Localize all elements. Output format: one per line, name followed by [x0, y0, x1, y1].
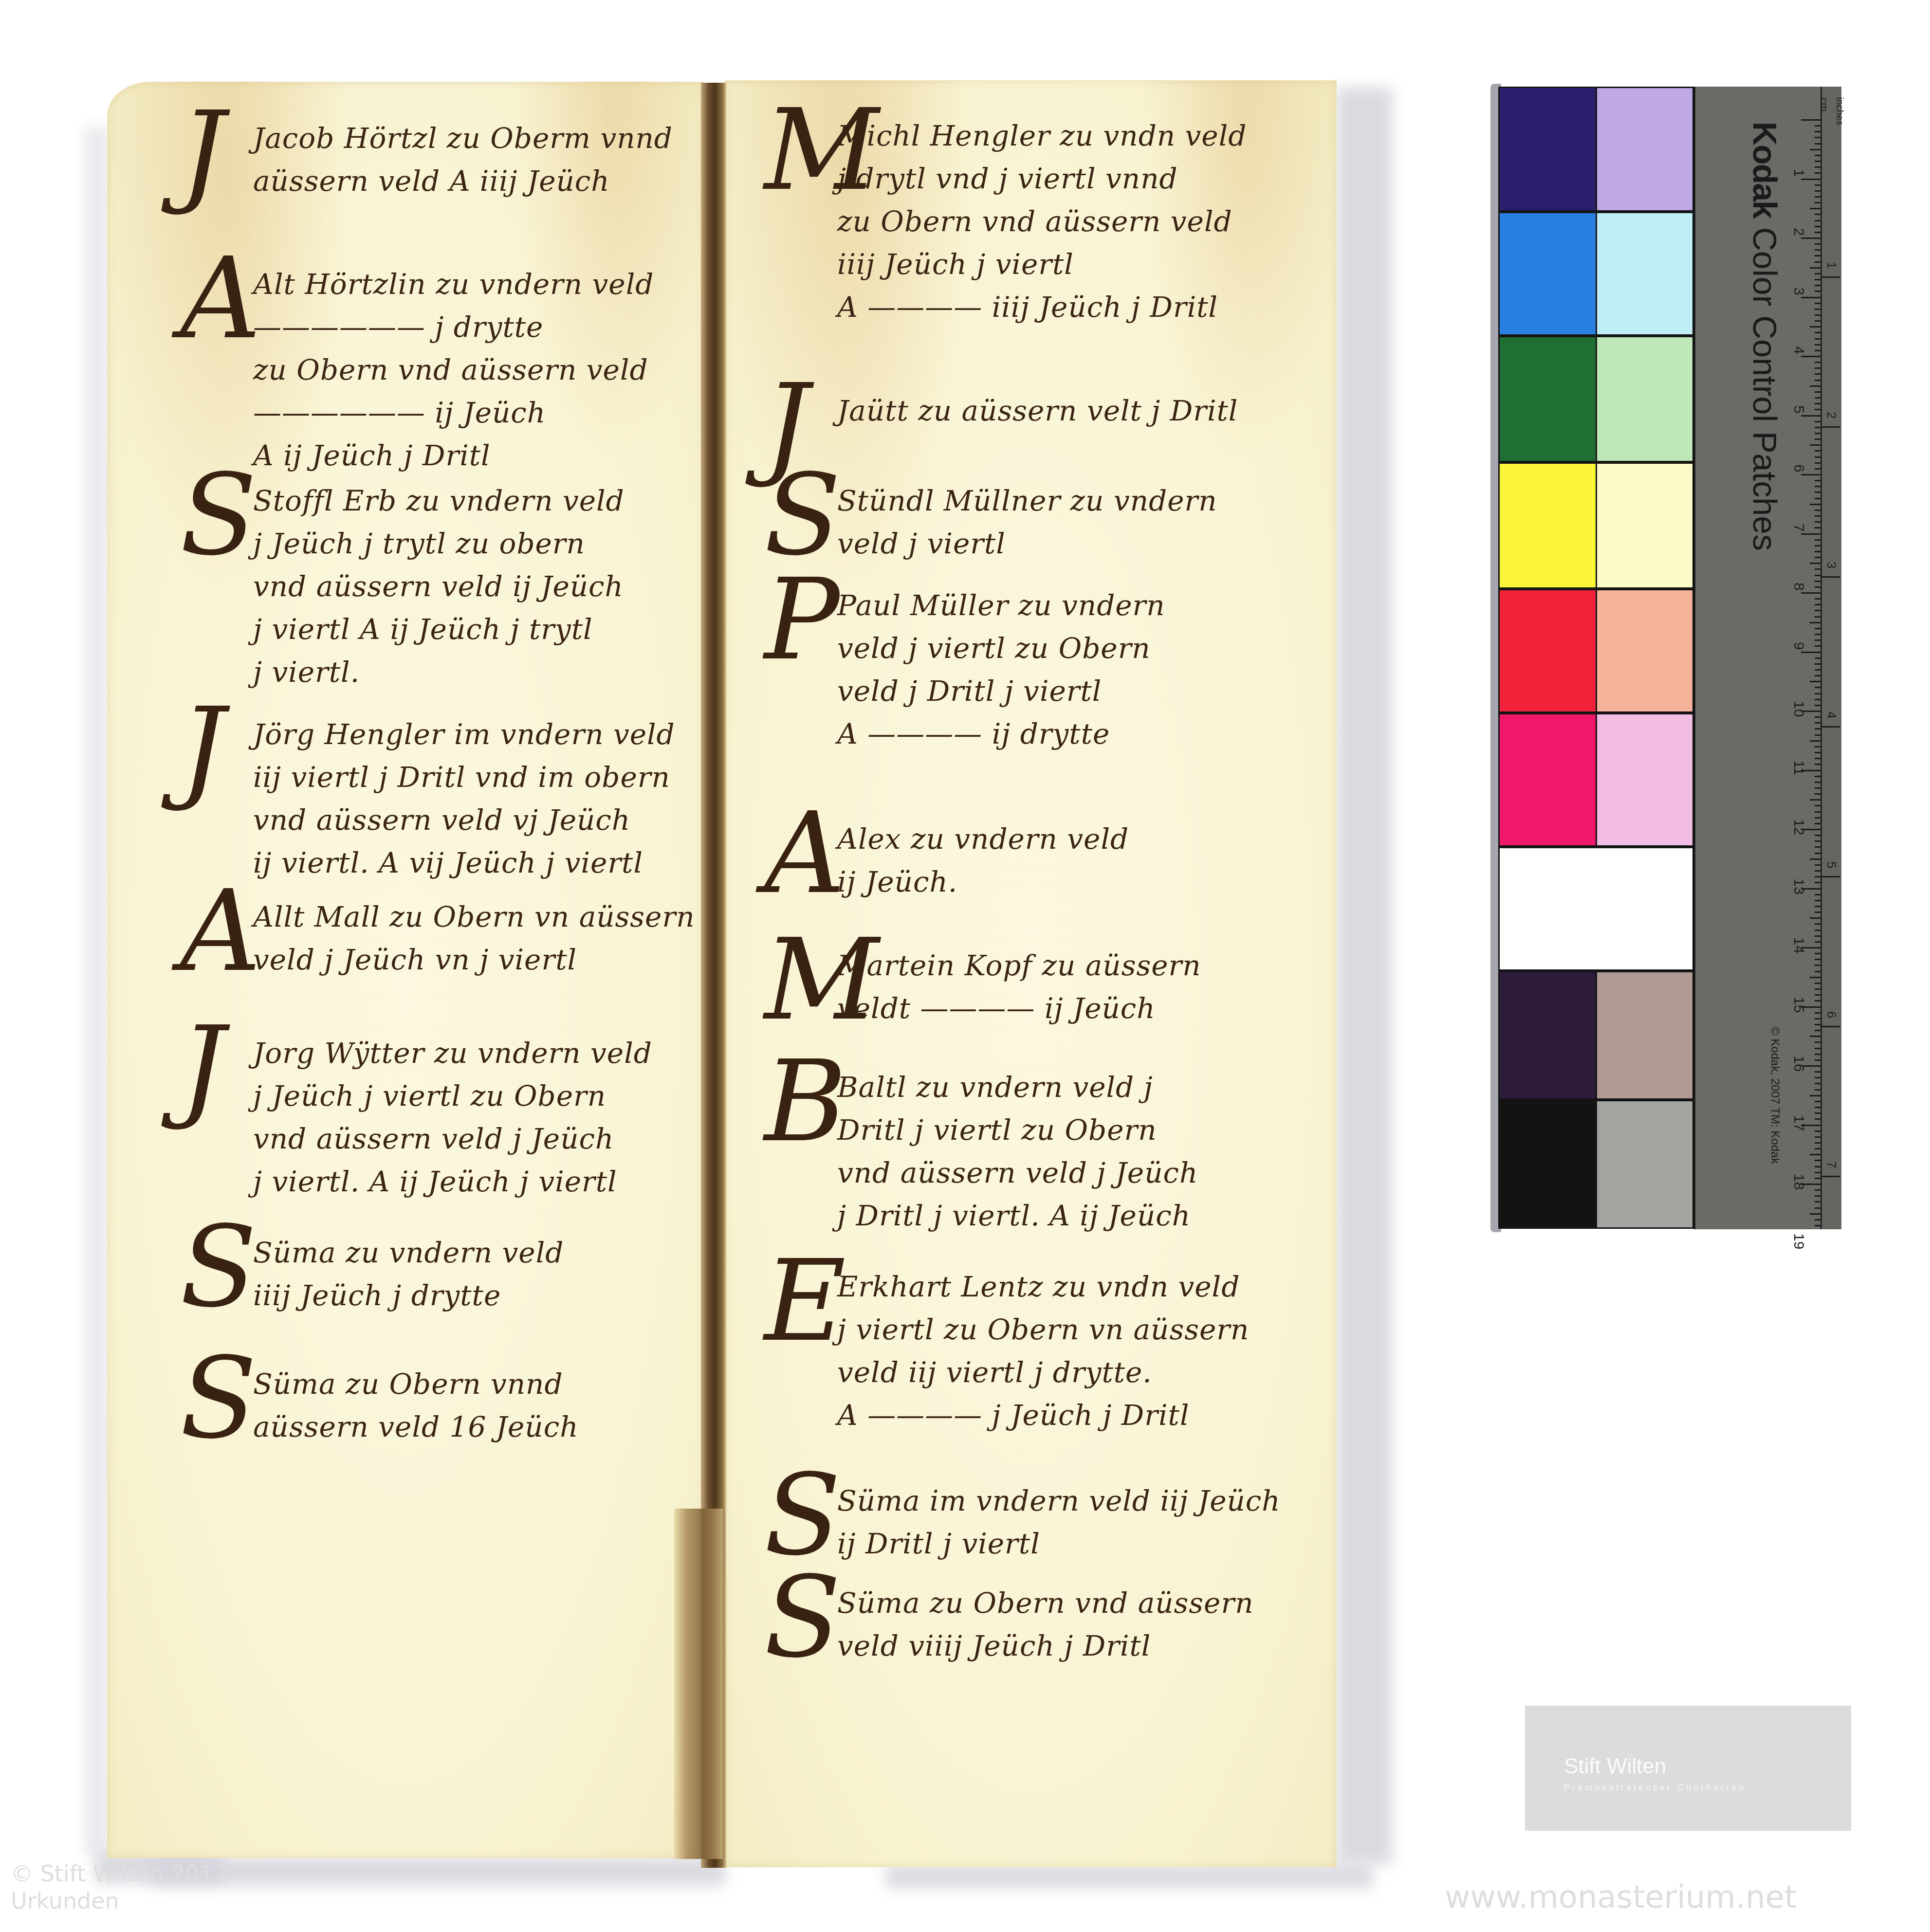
ruler-tick: [1815, 456, 1820, 458]
cm-tick-label: 5: [1790, 405, 1807, 414]
ruler-tick: [1801, 179, 1820, 180]
collection-line: Urkunden: [11, 1887, 228, 1914]
ruler-tick: [1815, 906, 1820, 907]
ruler-tick: [1815, 894, 1820, 895]
ruler-tick: [1815, 604, 1820, 605]
register-entry: EErkhart Lentz zu vndn veldj viertl zu O…: [837, 1265, 1249, 1437]
ruler-tick: [1815, 983, 1820, 984]
ruler-tick: [1815, 249, 1820, 251]
ruler-tick: [1815, 421, 1820, 422]
ruler-tick: [1815, 699, 1820, 700]
ruler-tick: [1815, 1195, 1820, 1197]
ruler-tick: [1815, 764, 1820, 765]
entry-line: j viertl.: [253, 651, 625, 693]
entry-line: aüssern veld A iiij Jeüch: [253, 160, 673, 202]
entry-line: Stündl Müllner zu vndern: [837, 479, 1217, 522]
ruler-tick: [1815, 320, 1820, 322]
entry-line: veld j viertl zu Obern: [837, 627, 1165, 670]
entry-line: vnd aüssern veld j Jeüch: [253, 1117, 652, 1160]
ruler-tick: [1815, 1089, 1820, 1091]
ruler-tick: [1815, 1160, 1820, 1161]
ruler-tick: [1810, 622, 1820, 623]
inch-tick-label: 6: [1824, 1011, 1839, 1018]
page-shadow-right: [1336, 88, 1392, 1864]
entry-line: j viertl. A ij Jeüch j viertl: [253, 1160, 652, 1203]
entry-line: Michl Hengler zu vndn veld: [837, 114, 1247, 157]
decorated-initial: M: [764, 95, 879, 207]
ruler-tick: [1815, 568, 1820, 570]
ruler-tick: [1815, 391, 1820, 393]
ruler-tick: [1815, 521, 1820, 523]
ruler-tick: [1815, 705, 1820, 706]
ruler-tick: [1815, 610, 1820, 611]
ruler-tick: [1815, 166, 1820, 168]
ruler-tick: [1815, 527, 1820, 529]
entry-line: Martein Kopf zu aüssern: [837, 944, 1201, 987]
register-entry: BBaltl zu vndern veld jDritl j viertl zu…: [837, 1066, 1198, 1237]
register-entry: SSüma im vndern veld iij Jeüchij Dritl j…: [837, 1479, 1281, 1565]
ruler-tick: [1815, 1130, 1820, 1132]
patch-black-dark: [1498, 1100, 1597, 1229]
entry-line: vnd aüssern veld vj Jeüch: [253, 799, 675, 841]
register-entry: SStoffl Erb zu vndern veldj Jeüch j tryt…: [253, 479, 625, 693]
entry-line: veld j Dritl j viertl: [837, 670, 1165, 712]
entry-line: vnd aüssern veld j Jeüch: [837, 1151, 1198, 1194]
ruler-tick: [1810, 149, 1820, 150]
cm-tick-label: 15: [1790, 997, 1807, 1013]
ruler-tick: [1815, 994, 1820, 996]
ruler-tick: [1815, 155, 1820, 156]
cm-tick-label: 9: [1790, 642, 1807, 650]
patch-blue-dark: [1498, 87, 1597, 212]
register-entry: SSüma zu vndern veldiiij Jeüch j drytte: [253, 1231, 564, 1317]
patch-red-light: [1596, 589, 1694, 713]
ruler-tick: [1815, 125, 1820, 127]
decorated-initial: J: [180, 1012, 225, 1124]
ruler-tick: [1810, 858, 1820, 860]
ruler-tick: [1815, 214, 1820, 215]
ruler-tick: [1815, 557, 1820, 558]
entry-line: aüssern veld 16 Jeüch: [253, 1405, 579, 1448]
decorated-initial: M: [764, 925, 879, 1037]
ruler-tick: [1815, 941, 1820, 943]
entry-line: j viertl A ij Jeüch j trytl: [253, 608, 625, 651]
watermark-title: Stift Wilten: [1564, 1754, 1666, 1779]
ruler-tick: [1815, 734, 1820, 736]
ruler-tick: [1815, 350, 1820, 351]
entry-line: veld viiij Jeüch j Dritl: [837, 1624, 1254, 1667]
ruler-tick: [1801, 474, 1820, 475]
ruler-tick: [1801, 415, 1820, 417]
kodak-title: Kodak Color Control Patches: [1746, 122, 1783, 551]
cm-tick-label: 14: [1790, 937, 1807, 953]
ruler-tick: [1801, 592, 1820, 594]
entry-line: A ———— ij drytte: [837, 712, 1165, 755]
inch-tick: [1821, 576, 1840, 578]
ruler-tick: [1810, 208, 1820, 209]
decorated-initial: S: [180, 1343, 257, 1455]
register-entry: AAllt Mall zu Obern vn aüssernveld j Jeü…: [253, 895, 695, 981]
cm-tick-label: 10: [1790, 701, 1807, 717]
ruler-tick: [1815, 1118, 1820, 1120]
ruler-tick: [1815, 1201, 1820, 1203]
ruler-tick: [1815, 137, 1820, 138]
entry-line: Paul Müller zu vndern: [837, 584, 1165, 627]
ruler-tick: [1815, 1054, 1820, 1055]
entry-line: —————— j drytte: [253, 306, 654, 348]
entry-line: Erkhart Lentz zu vndn veld: [837, 1265, 1249, 1308]
ruler-tick: [1815, 551, 1820, 552]
ruler-tick: [1815, 1041, 1820, 1043]
ruler-tick: [1815, 823, 1820, 824]
ruler-tick: [1815, 291, 1820, 292]
ruler-tick: [1815, 1166, 1820, 1167]
ruler-tick: [1810, 740, 1820, 742]
ruler-tick: [1810, 563, 1820, 564]
entry-line: iiij Jeüch j drytte: [253, 1274, 564, 1317]
ruler-tick: [1810, 977, 1820, 978]
ruler-tick: [1815, 586, 1820, 588]
patch-magenta-light: [1596, 713, 1694, 847]
ruler-tick: [1815, 853, 1820, 854]
ruler-tick: [1815, 450, 1820, 452]
ruler-tick: [1815, 1030, 1820, 1031]
copyright-footer: © Stift Wilten 2012 Urkunden: [11, 1860, 228, 1914]
ruler-tick: [1815, 1083, 1820, 1084]
entry-line: zu Obern vnd aüssern veld: [253, 348, 654, 391]
ruler-tick: [1815, 172, 1820, 174]
ruler-tick: [1815, 539, 1820, 541]
cm-tick-label: 2: [1790, 228, 1807, 236]
ruler-tick: [1815, 480, 1820, 481]
ruler-tick: [1815, 923, 1820, 925]
ruler-tick: [1815, 805, 1820, 806]
register-entry: SSüma zu Obern vnndaüssern veld 16 Jeüch: [253, 1363, 579, 1448]
entry-line: ij Dritl j viertl: [837, 1522, 1281, 1565]
decorated-initial: A: [180, 876, 261, 988]
ruler-tick: [1810, 385, 1820, 387]
cm-tick-label: 19: [1790, 1233, 1807, 1249]
ruler-tick: [1815, 752, 1820, 753]
ruler-tick: [1801, 533, 1820, 535]
ruler-tick: [1801, 119, 1820, 121]
ruler-tick: [1815, 645, 1820, 647]
ruler-tick: [1815, 634, 1820, 635]
cm-tick-label: 16: [1790, 1056, 1807, 1072]
inch-tick: [1821, 876, 1840, 877]
register-entry: SStündl Müllner zu vndernveld j viertl: [837, 479, 1217, 565]
entry-line: Dritl j viertl zu Obern: [837, 1109, 1198, 1151]
ruler-tick: [1815, 776, 1820, 777]
ruler-tick: [1815, 1024, 1820, 1025]
ruler-tick: [1815, 1219, 1820, 1221]
inch-tick-label: 2: [1824, 412, 1839, 419]
ruler-tick: [1815, 1142, 1820, 1144]
ruler-tick: [1815, 581, 1820, 582]
ruler-tick: [1815, 935, 1820, 937]
entry-line: Alt Hörtzlin zu vndern veld: [253, 263, 654, 306]
inch-ruler: [1820, 87, 1841, 1229]
ruler-tick: [1815, 746, 1820, 747]
copyright-line: © Stift Wilten 2012: [11, 1860, 228, 1887]
entry-line: Allt Mall zu Obern vn aüssern: [253, 895, 695, 938]
ruler-tick: [1815, 403, 1820, 404]
kodak-brand: Kodak: [1746, 122, 1783, 218]
ruler-tick: [1815, 988, 1820, 990]
page-shadow-right-bottom: [886, 1864, 1373, 1888]
decorated-initial: J: [180, 97, 225, 209]
ruler-tick: [1810, 681, 1820, 682]
entry-line: A ———— iiij Jeüch j Dritl: [837, 286, 1247, 328]
entry-line: Süma zu Obern vnnd: [253, 1363, 579, 1405]
entry-line: —————— ij Jeüch: [253, 391, 654, 434]
page-fold-gutter-bottom: [674, 1509, 723, 1859]
patch-magenta-dark: [1498, 713, 1597, 847]
patch-cyan-dark: [1498, 212, 1597, 336]
entry-line: Alex zu vndern veld: [837, 818, 1129, 860]
ruler-tick: [1810, 917, 1820, 919]
cm-tick-label: 17: [1790, 1115, 1807, 1131]
inch-tick-label: 1: [1824, 262, 1839, 269]
cm-tick-label: 11: [1790, 760, 1807, 775]
ruler-tick: [1815, 722, 1820, 724]
page-shadow-bottom: [151, 1857, 725, 1886]
entry-line: Süma zu Obern vnd aüssern: [837, 1582, 1254, 1624]
register-entry: JJörg Hengler im vndern veldiij viertl j…: [253, 713, 675, 884]
inch-tick-label: 7: [1824, 1161, 1839, 1168]
patch-green-light: [1596, 336, 1694, 462]
ruler-tick: [1815, 515, 1820, 517]
ruler-tick: [1815, 864, 1820, 866]
kodak-chart-title: Color Control Patches: [1746, 227, 1783, 551]
ruler-tick: [1815, 930, 1820, 931]
ruler-tick: [1815, 498, 1820, 499]
entry-line: veldt ———— ij Jeüch: [837, 987, 1201, 1030]
ruler-tick: [1815, 285, 1820, 286]
cm-tick-label: 4: [1790, 346, 1807, 354]
register-entry: JJacob Hörtzl zu Oberm vnndaüssern veld …: [253, 117, 673, 202]
patch-yellow-dark: [1498, 462, 1597, 589]
ruler-tick: [1815, 438, 1820, 440]
decorated-initial: S: [764, 1562, 841, 1674]
patch-red-dark: [1498, 589, 1597, 713]
watermark-subtitle: Prämonstratenser Chorherren: [1564, 1783, 1746, 1793]
ruler-tick: [1815, 380, 1820, 381]
ruler-tick: [1815, 840, 1820, 842]
cm-tick-label: 7: [1790, 524, 1807, 532]
ruler-tick: [1815, 1148, 1820, 1149]
ruler-tick: [1815, 575, 1820, 576]
inch-tick-label: 5: [1824, 861, 1839, 868]
ruler-tick: [1815, 959, 1820, 960]
ruler-tick: [1815, 1189, 1820, 1191]
cm-unit-label: cm: [1818, 97, 1830, 111]
register-entry: MMichl Hengler zu vndn veldj drytl vnd j…: [837, 114, 1247, 328]
cm-tick-label: 13: [1790, 878, 1807, 894]
ruler-tick: [1815, 1018, 1820, 1020]
ruler-tick: [1815, 202, 1820, 203]
ruler-tick: [1815, 314, 1820, 316]
ruler-tick: [1815, 1000, 1820, 1002]
register-entry: PPaul Müller zu vndernveld j viertl zu O…: [837, 584, 1165, 755]
inch-tick: [1821, 276, 1840, 278]
ruler-tick: [1801, 652, 1820, 653]
ruler-tick: [1810, 1095, 1820, 1096]
entry-line: j Jeüch j viertl zu Obern: [253, 1075, 652, 1117]
entry-line: Baltl zu vndern veld j: [837, 1066, 1198, 1109]
entry-line: j viertl zu Obern vn aüssern: [837, 1308, 1249, 1351]
cm-tick-label: 12: [1790, 819, 1807, 835]
ruler-tick: [1815, 657, 1820, 659]
ruler-tick: [1815, 373, 1820, 375]
ruler-tick: [1815, 190, 1820, 192]
ruler-tick: [1815, 782, 1820, 783]
ruler-tick: [1815, 232, 1820, 233]
ruler-tick: [1815, 143, 1820, 145]
ruler-tick: [1810, 504, 1820, 505]
ruler-tick: [1815, 639, 1820, 641]
ruler-tick: [1815, 616, 1820, 618]
decorated-initial: S: [180, 1212, 257, 1324]
ruler-tick: [1815, 332, 1820, 333]
decorated-initial: P: [764, 565, 840, 676]
entry-line: veld j Jeüch vn j viertl: [253, 938, 695, 981]
ruler-tick: [1815, 965, 1820, 966]
ruler-tick: [1815, 817, 1820, 819]
ruler-tick: [1810, 326, 1820, 328]
ruler-tick: [1815, 184, 1820, 186]
ruler-tick: [1801, 297, 1820, 298]
entry-line: Jörg Hengler im vndern veld: [253, 713, 675, 756]
ruler-tick: [1815, 1077, 1820, 1078]
entry-line: veld j viertl: [837, 522, 1217, 565]
ruler-tick: [1815, 261, 1820, 263]
ruler-tick: [1815, 835, 1820, 836]
inch-unit-label: inches: [1834, 97, 1845, 126]
ruler-tick: [1815, 1107, 1820, 1108]
ruler-tick: [1815, 687, 1820, 688]
entry-line: j Dritl j viertl. A ij Jeüch: [837, 1194, 1198, 1237]
entry-line: Süma zu vndern veld: [253, 1231, 564, 1274]
inch-tick-label: 3: [1824, 562, 1839, 568]
ruler-tick: [1815, 367, 1820, 369]
patch-3-color-dark: [1498, 971, 1597, 1100]
ruler-tick: [1810, 1154, 1820, 1155]
ruler-tick: [1815, 693, 1820, 694]
entry-line: vnd aüssern veld ij Jeüch: [253, 565, 625, 608]
ruler-tick: [1801, 237, 1820, 239]
ruler-tick: [1810, 1213, 1820, 1215]
decorated-initial: E: [764, 1246, 846, 1358]
ruler-tick: [1810, 267, 1820, 269]
ruler-tick: [1815, 468, 1820, 470]
entry-line: Jaütt zu aüssern velt j Dritl: [837, 389, 1238, 432]
ruler-tick: [1815, 1207, 1820, 1209]
ruler-tick: [1815, 131, 1820, 132]
ruler-tick: [1815, 716, 1820, 718]
entry-line: ij Jeüch.: [837, 860, 1129, 903]
ruler-tick: [1810, 799, 1820, 801]
ruler-tick: [1815, 1071, 1820, 1073]
ruler-tick: [1815, 433, 1820, 434]
ruler-tick: [1815, 462, 1820, 464]
cm-tick-label: 1: [1790, 169, 1807, 177]
inch-tick: [1821, 1026, 1840, 1027]
decorated-initial: A: [764, 798, 845, 910]
ruler-tick: [1815, 255, 1820, 256]
ruler-tick: [1815, 793, 1820, 795]
register-entry: SSüma zu Obern vnd aüssernveld viiij Jeü…: [837, 1582, 1254, 1667]
ruler-tick: [1815, 1225, 1820, 1226]
ruler-tick: [1815, 876, 1820, 877]
ruler-tick: [1815, 846, 1820, 848]
ruler-tick: [1810, 444, 1820, 446]
ruler-tick: [1815, 1101, 1820, 1102]
cm-tick-label: 6: [1790, 464, 1807, 473]
ruler-tick: [1815, 628, 1820, 629]
ruler-tick: [1815, 1048, 1820, 1049]
ruler-tick: [1815, 397, 1820, 399]
entry-line: j drytl vnd j viertl vnnd: [837, 157, 1247, 200]
page-shadow-leftedge: [85, 127, 110, 1854]
entry-line: ij viertl. A vij Jeüch j viertl: [253, 841, 675, 884]
ruler-tick: [1815, 787, 1820, 789]
ruler-tick: [1815, 675, 1820, 676]
ruler-tick: [1815, 243, 1820, 245]
cm-tick-label: 3: [1790, 287, 1807, 295]
register-entry: AAlex zu vndern veldij Jeüch.: [837, 818, 1129, 903]
inch-tick: [1821, 426, 1840, 428]
ruler-tick: [1815, 669, 1820, 671]
register-entry: MMartein Kopf zu aüssernveldt ———— ij Je…: [837, 944, 1201, 1030]
decorated-initial: J: [180, 693, 225, 805]
ruler-tick: [1815, 303, 1820, 304]
entry-line: zu Obern vnd aüssern veld: [837, 200, 1247, 243]
ruler-tick: [1815, 870, 1820, 872]
ruler-tick: [1815, 279, 1820, 280]
entry-line: iiij Jeüch j viertl: [837, 243, 1247, 286]
entry-line: veld iij viertl j drytte.: [837, 1351, 1249, 1394]
inch-tick: [1821, 726, 1840, 728]
register-entry: AAlt Hörtzlin zu vndern veld—————— j dry…: [253, 263, 654, 477]
website-link[interactable]: www.monasterium.net: [1445, 1879, 1797, 1915]
entry-line: Jacob Hörtzl zu Oberm vnnd: [253, 117, 673, 160]
ruler-tick: [1815, 273, 1820, 274]
entry-line: A ———— j Jeüch j Dritl: [837, 1394, 1249, 1437]
ruler-tick: [1815, 196, 1820, 198]
entry-line: Süma im vndern veld iij Jeüch: [837, 1479, 1281, 1522]
cm-tick-label: 8: [1790, 583, 1807, 591]
entry-line: Jorg Wÿtter zu vndern veld: [253, 1032, 652, 1075]
ruler-tick: [1815, 1178, 1820, 1179]
entry-line: iij viertl j Dritl vnd im obern: [253, 756, 675, 799]
ruler-tick: [1810, 1036, 1820, 1037]
ruler-tick: [1815, 1112, 1820, 1114]
ruler-tick: [1815, 510, 1820, 511]
patch-black-light: [1596, 1100, 1694, 1229]
patch-white: [1498, 847, 1694, 971]
ruler-tick: [1815, 545, 1820, 547]
ruler-tick: [1815, 161, 1820, 162]
patch-blue-light: [1596, 87, 1694, 212]
ruler-tick: [1815, 220, 1820, 221]
ruler-tick: [1815, 900, 1820, 901]
ruler-tick: [1815, 728, 1820, 729]
entry-line: Stoffl Erb zu vndern veld: [253, 479, 625, 522]
register-entry: JJaütt zu aüssern velt j Dritl: [837, 389, 1238, 432]
ruler-tick: [1815, 427, 1820, 428]
ruler-tick: [1815, 953, 1820, 954]
